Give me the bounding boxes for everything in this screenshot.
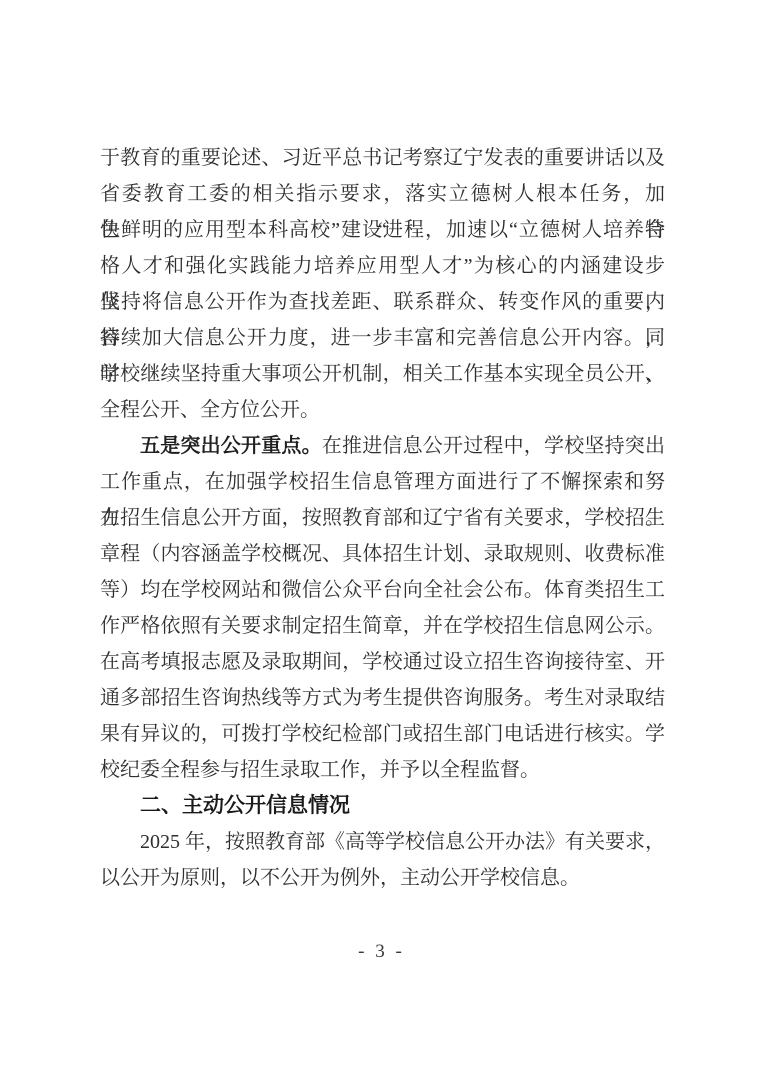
text-line: 五是突出公开重点。在推进信息公开过程中，学校坚持突出 (100, 428, 665, 464)
section-heading: 二、主动公开信息情况 (100, 788, 665, 824)
text-line: 持续加大信息公开力度，进一步丰富和完善信息公开内容。同时， (100, 320, 665, 356)
text-line: 格人才和强化实践能力培养应用型人才”为核心的内涵建设步伐， (100, 248, 665, 284)
document-body: 于教育的重要论述、习近平总书记考察辽宁发表的重要讲话以及 省委教育工委的相关指示… (100, 140, 665, 896)
text-line: 于教育的重要论述、习近平总书记考察辽宁发表的重要讲话以及 (100, 140, 665, 176)
text-line: 坚持将信息公开作为查找差距、联系群众、转变作风的重要内容， (100, 284, 665, 320)
text-line: 在招生信息公开方面，按照教育部和辽宁省有关要求，学校招生 (100, 500, 665, 536)
paragraph-bold-lead: 五是突出公开重点。 (140, 435, 322, 457)
paragraph-lead-rest: 在推进信息公开过程中，学校坚持突出 (322, 435, 665, 457)
text-line: 等）均在学校网站和微信公众平台向全社会公布。体育类招生工 (100, 572, 665, 608)
text-line: 果有异议的，可拨打学校纪检部门或招生部门电话进行核实。学 (100, 716, 665, 752)
text-line: 色鲜明的应用型本科高校”建设进程，加速以“立德树人培养合 (100, 212, 665, 248)
text-line: 省委教育工委的相关指示要求，落实立德树人根本任务，加快“特 (100, 176, 665, 212)
text-line: 以公开为原则，以不公开为例外，主动公开学校信息。 (100, 860, 665, 896)
text-line: 章程（内容涵盖学校概况、具体招生计划、录取规则、收费标准 (100, 536, 665, 572)
document-page: 于教育的重要论述、习近平总书记考察辽宁发表的重要讲话以及 省委教育工委的相关指示… (0, 0, 763, 1080)
text-line: 全程公开、全方位公开。 (100, 392, 665, 428)
text-line: 校纪委全程参与招生录取工作，并予以全程监督。 (100, 752, 665, 788)
text-line: 学校继续坚持重大事项公开机制，相关工作基本实现全员公开、 (100, 356, 665, 392)
text-line: 工作重点，在加强学校招生信息管理方面进行了不懈探索和努力。 (100, 464, 665, 500)
text-line: 2025 年，按照教育部《高等学校信息公开办法》有关要求， (100, 824, 665, 860)
page-number: - 3 - (0, 941, 763, 963)
text-line: 作严格依照有关要求制定招生简章，并在学校招生信息网公示。 (100, 608, 665, 644)
text-line: 通多部招生咨询热线等方式为考生提供咨询服务。考生对录取结 (100, 680, 665, 716)
text-line: 在高考填报志愿及录取期间，学校通过设立招生咨询接待室、开 (100, 644, 665, 680)
